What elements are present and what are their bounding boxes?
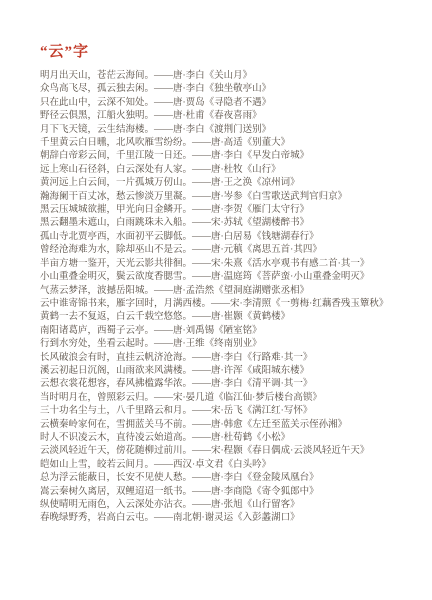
quote-line: 众鸟高飞尽，孤云独去闲。——唐·李白《独坐敬亭山》 [40,83,398,96]
quote-list: 明月出天山，苍茫云海间。——唐·李白《关山月》众鸟高飞尽，孤云独去闲。——唐·李… [40,70,398,526]
quote-line: 月下飞天镜，云生结海楼。——唐·李白《渡荆门送别》 [40,124,398,137]
quote-line: 当时明月在，曾照彩云归。——宋·晏几道《临江仙·梦后楼台高锁》 [40,392,398,405]
quote-line: 嵩云秦树久离居，双鲤迢迢一纸书。——唐·李商隐《寄令狐郎中》 [40,486,398,499]
quote-line: 明月出天山，苍茫云海间。——唐·李白《关山月》 [40,70,398,83]
page-title: “云”字 [40,40,398,61]
quote-line: 云淡风轻近午天，傍花随柳过前川。——宋·程颢《春日偶成·云淡风轻近午天》 [40,445,398,458]
document-page: “云”字 明月出天山，苍茫云海间。——唐·李白《关山月》众鸟高飞尽，孤云独去闲。… [0,0,432,600]
quote-line: 云中谁寄锦书来，雁字回时，月满西楼。——宋·李清照《一剪梅·红藕香残玉簟秋》 [40,298,398,311]
quote-line: 三十功名尘与土，八千里路云和月。——宋·岳飞《满江红·写怀》 [40,405,398,418]
quote-line: 时人不识凌云木，直待凌云始道高。——唐·杜荀鹤《小松》 [40,432,398,445]
quote-line: 小山重叠金明灭，鬓云欲度香腮雪。——唐·温庭筠《菩萨蛮·小山重叠金明灭》 [40,271,398,284]
quote-line: 皑如山上雪，皎若云间月。——西汉·卓文君《白头吟》 [40,459,398,472]
quote-line: 远上寒山石径斜，白云深处有人家。——唐·杜牧《山行》 [40,164,398,177]
quote-line: 黑云翻墨未遮山，白雨跳珠未入船。——宋·苏轼《望湖楼醉书》 [40,217,398,230]
quote-line: 溪云初起日沉阁，山雨欲来风满楼。——唐·许浑《咸阳城东楼》 [40,365,398,378]
quote-line: 黄河远上白云间，一片孤城万仞山。——唐·王之涣《凉州词》 [40,177,398,190]
quote-line: 春晚绿野秀，岩高白云屯。——南北朝·谢灵运《入彭蠡湖口》 [40,512,398,525]
quote-line: 朝辞白帝彩云间，千里江陵一日还。——唐·李白《早发白帝城》 [40,150,398,163]
quote-line: 总为浮云能蔽日，长安不见使人愁。——唐·李白《登金陵凤凰台》 [40,472,398,485]
quote-line: 曾经沧海难为水，除却巫山不是云。——唐·元稹《离思五首·其四》 [40,244,398,257]
quote-line: 瀚海阑干百丈冰，愁云惨淡万里凝。——唐·岑参《白雪歌送武判官归京》 [40,191,398,204]
quote-line: 黑云压城城欲摧，甲光向日金鳞开。——唐·李贺《雁门太守行》 [40,204,398,217]
quote-line: 气蒸云梦泽，波撼岳阳城。——唐·孟浩然《望洞庭湖赠张丞相》 [40,285,398,298]
quote-line: 云想衣裳花想容，春风拂槛露华浓。——唐·李白《清平调·其一》 [40,378,398,391]
quote-line: 千里黄云白日曛，北风吹雁雪纷纷。——唐·高适《别董大》 [40,137,398,150]
quote-line: 孤山寺北贾亭西，水面初平云脚低。——唐·白居易《钱塘湖春行》 [40,231,398,244]
quote-line: 只在此山中，云深不知处。——唐·贾岛《寻隐者不遇》 [40,97,398,110]
quote-line: 纵使晴明无雨色，入云深处亦沾衣。——唐·张旭《山行留客》 [40,499,398,512]
quote-line: 行到水穷处，坐看云起时。——唐·王维《终南别业》 [40,338,398,351]
quote-line: 南阳诸葛庐，西蜀子云亭。——唐·刘禹锡《陋室铭》 [40,325,398,338]
quote-line: 黄鹤一去不复返，白云千载空悠悠。——唐·崔颢《黄鹤楼》 [40,311,398,324]
quote-line: 半亩方塘一鉴开，天光云影共徘徊。——宋·朱熹《活水亭观书有感二首·其一》 [40,258,398,271]
quote-line: 野径云俱黑，江船火独明。——唐·杜甫《春夜喜雨》 [40,110,398,123]
quote-line: 云横秦岭家何在，雪拥蓝关马不前。——唐·韩愈《左迁至蓝关示侄孙湘》 [40,419,398,432]
quote-line: 长风破浪会有时，直挂云帆济沧海。——唐·李白《行路难·其一》 [40,352,398,365]
